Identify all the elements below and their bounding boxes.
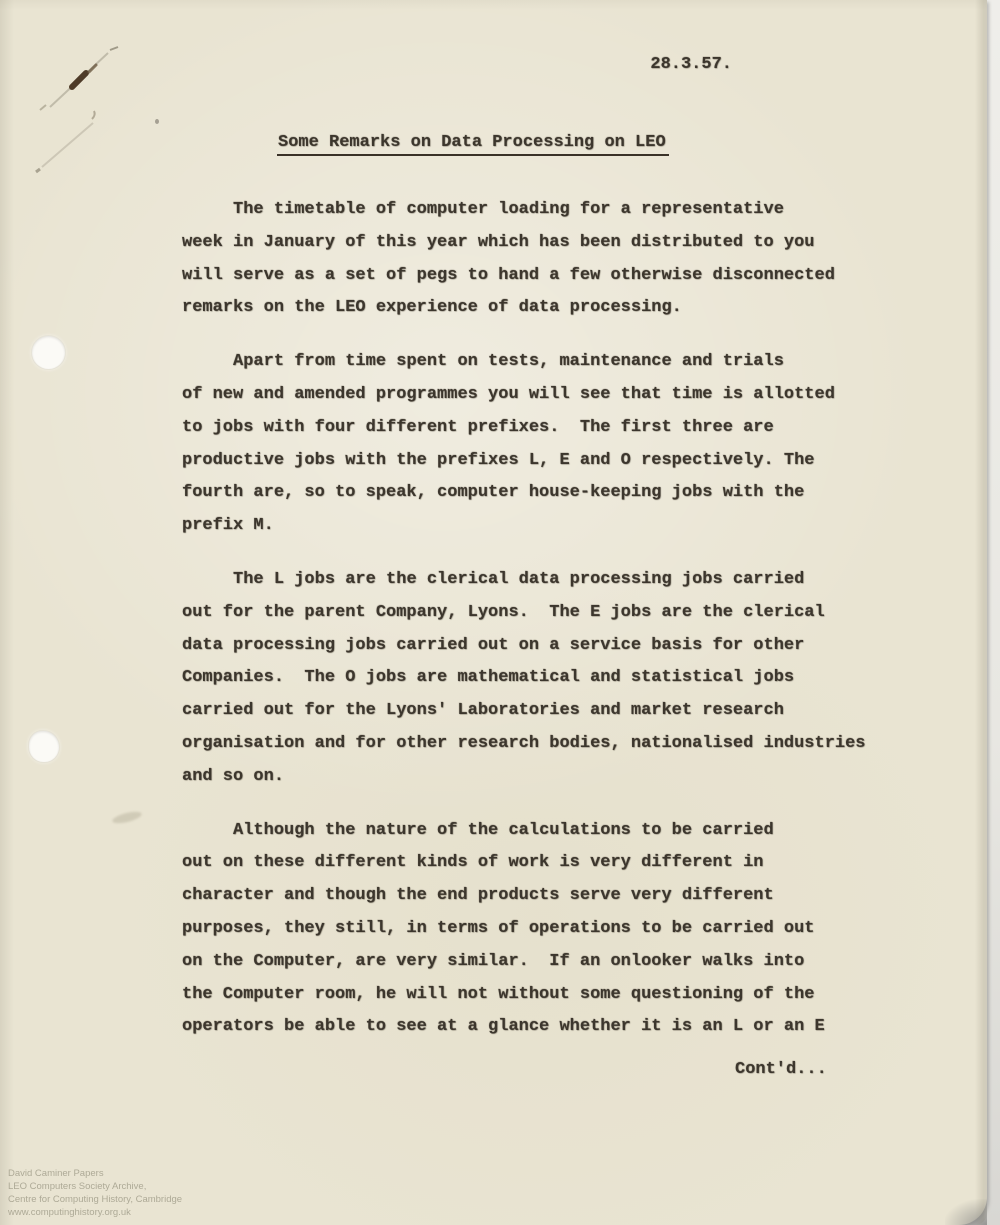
- pencil-scratch-mark: [30, 45, 130, 185]
- hole-punch-bottom: [29, 731, 59, 762]
- watermark-line: LEO Computers Society Archive,: [8, 1180, 182, 1193]
- watermark-line: www.computinghistory.org.uk: [8, 1206, 182, 1219]
- scanner-corner-shadow: [945, 1199, 987, 1225]
- document-title: Some Remarks on Data Processing on LEO: [277, 133, 669, 156]
- paragraph: The timetable of computer loading for a …: [182, 194, 888, 325]
- watermark-line: Centre for Computing History, Cambridge: [8, 1193, 182, 1206]
- smudge-mark: [111, 810, 142, 826]
- watermark-line: David Caminer Papers: [8, 1167, 182, 1180]
- hole-punch-top: [32, 336, 65, 369]
- date-stamp: 28.3.57.: [650, 55, 732, 74]
- ink-dot: [155, 119, 159, 124]
- scanned-document: 28.3.57. Some Remarks on Data Processing…: [0, 0, 1000, 1225]
- document-page: 28.3.57. Some Remarks on Data Processing…: [0, 0, 987, 1225]
- document-body: The timetable of computer loading for a …: [182, 194, 888, 1065]
- title-row: Some Remarks on Data Processing on LEO: [277, 133, 669, 152]
- continuation-note: Cont'd...: [735, 1060, 827, 1079]
- paragraph: The L jobs are the clerical data process…: [182, 564, 888, 794]
- archive-watermark: David Caminer PapersLEO Computers Societ…: [8, 1167, 182, 1219]
- paragraph: Apart from time spent on tests, maintena…: [182, 346, 888, 543]
- paragraph: Although the nature of the calculations …: [182, 815, 888, 1045]
